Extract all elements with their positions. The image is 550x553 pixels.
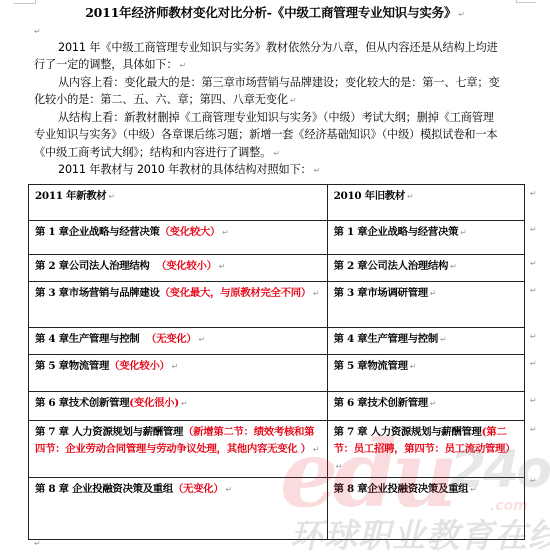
chapter-title: 第 7 章 人力资源规划与薪酬管理 [35,426,183,438]
change-note: （无变化） [173,483,223,495]
row-end-mark-icon: ↵ [530,332,537,341]
old-chapter-cell: 第 5 章物流管理↵ [327,355,524,392]
table-row: 第 7 章 人力资源规划与薪酬管理（新增第二节：绩效考核和第四节：企业劳动合同管… [29,421,525,478]
document-title-text: 2011年经济师教材变化对比分析-《中级工商管理专业知识与实务》 [85,5,456,20]
structure-change-paragraph: 从结构上看：新教材删掉《工商管理专业知识与实务》（中级）考试大纲；删掉《工商管理… [34,109,504,162]
paragraph-mark-icon: ↵ [225,485,231,494]
paragraph-mark-icon: ↵ [440,335,446,344]
new-chapter-cell: 第 5 章物流管理（变化较小）↵ [29,355,328,392]
paragraph-text: 从内容上看：变化最大的是：第三章市场营销与品牌建设；变化较大的是：第一、七章；变… [34,76,500,106]
old-chapter-cell: 第 6 章技术创新管理↵ [327,392,524,421]
comparison-table: 2011 年新教材↵ 2010 年旧教材↵ 第 1 章企业战略与经营决策（变化较… [28,184,525,540]
new-chapter-cell: 第 7 章 人力资源规划与薪酬管理（新增第二节：绩效考核和第四节：企业劳动合同管… [29,421,328,478]
paragraph-mark-icon: ↵ [313,445,319,454]
table-row: 第 2 章公司法人治理结构 （变化较小）↵ 第 2 章公司法人治理结构↵ [29,255,525,282]
paragraph-mark-icon: ↵ [336,462,342,471]
row-end-mark-icon: ↵ [530,259,537,268]
paragraph-mark-icon: ↵ [410,362,416,371]
chapter-title: 第 6 章技术创新管理 [35,397,129,409]
chapter-title: 第 4 章生产管理与控制 [35,333,139,345]
row-end-mark-icon: ↵ [530,225,537,234]
paragraph-mark-icon: ↵ [108,192,114,201]
header-label: 2010 年旧教材 [334,190,405,202]
table-row: 第 3 章市场营销与品牌建设（变化最大，与原教材完全不同）↵ 第 3 章市场调研… [29,282,525,328]
paragraph-mark-icon: ↵ [430,289,436,298]
paragraph-mark-icon: ↵ [34,539,41,548]
chapter-title: 第 4 章生产管理与控制 [334,333,438,345]
row-end-mark-icon: ↵ [530,476,537,485]
old-chapter-cell: 第 1 章企业战略与经营决策↵ [327,221,524,255]
old-chapter-cell: 第 3 章市场调研管理↵ [327,282,524,328]
row-end-mark-icon: ↵ [530,359,537,368]
paragraph-text: 2011 年教材与 2010 年教材的具体结构对照如下： [58,163,312,176]
paragraph-mark-icon: ↵ [34,27,41,36]
paragraph-mark-icon: ↵ [181,399,187,408]
paragraph-mark-icon: ↵ [313,289,319,298]
header-cell-new: 2011 年新教材↵ [29,185,328,221]
paragraph-mark-icon: ↵ [460,228,466,237]
change-note: （变化较小） [109,360,170,372]
paragraph-mark-icon: ↵ [219,262,225,271]
change-note: (变化很小) [129,397,179,409]
new-chapter-cell: 第 6 章技术创新管理(变化很小)↵ [29,392,328,421]
new-chapter-cell: 第 3 章市场营销与品牌建设（变化最大，与原教材完全不同）↵ [29,282,328,328]
chapter-title: 第 1 章企业战略与经营决策 [35,226,160,238]
old-chapter-cell: 第 2 章公司法人治理结构↵ [327,255,524,282]
paragraph-mark-icon: ↵ [290,96,297,105]
document-title: 2011年经济师教材变化对比分析-《中级工商管理专业知识与实务》↵ [0,3,550,21]
old-chapter-cell: 第 7 章 人力资源规划与薪酬管理(第二节：员工招聘，第四节：员工流动管理）↵ [327,421,524,478]
header-cell-old: 2010 年旧教材↵ [327,185,524,221]
paragraph-mark-icon: ↵ [172,362,178,371]
chapter-title: 第 8 章企业投融资决策及重组 [334,483,469,495]
table-row: 第 5 章物流管理（变化较小）↵ 第 5 章物流管理↵ [29,355,525,392]
paragraph-mark-icon: ↵ [180,61,187,70]
content-change-paragraph: 从内容上看：变化最大的是：第三章市场营销与品牌建设；变化较大的是：第一、七章；变… [34,74,504,110]
paragraph-mark-icon: ↵ [450,262,456,271]
row-end-mark-icon: ↵ [530,286,537,295]
new-chapter-cell: 第 4 章生产管理与控制 （无变化）↵ [29,328,328,355]
paragraph-text: 2011 年《中级工商管理专业知识与实务》教材依然分为八章，但从内容还是从结构上… [34,41,498,71]
change-note: （无变化） [146,333,196,345]
old-chapter-cell: 第 4 章生产管理与控制↵ [327,328,524,355]
comparison-intro-paragraph: 2011 年教材与 2010 年教材的具体结构对照如下：↵ [34,161,504,179]
chapter-title: 第 5 章物流管理 [35,360,109,372]
paragraph-mark-icon: ↵ [222,228,228,237]
paragraph-mark-icon: ↵ [470,485,476,494]
chapter-title: 第 5 章物流管理 [334,360,408,372]
table-row: 第 6 章技术创新管理(变化很小)↵ 第 6 章技术创新管理↵ [29,392,525,421]
change-note: （变化较小） [156,260,217,272]
new-chapter-cell: 第 1 章企业战略与经营决策（变化较大）↵ [29,221,328,255]
paragraph-mark-icon: ↵ [458,10,465,19]
paragraph-mark-icon: ↵ [430,399,436,408]
old-chapter-cell: 第 8 章企业投融资决策及重组↵ [327,478,524,540]
table-row: 第 8 章 企业投融资决策及重组（无变化）↵ 第 8 章企业投融资决策及重组↵ [29,478,525,540]
chapter-title: 第 2 章公司法人治理结构 [35,260,149,272]
paragraph-mark-icon: ↵ [314,166,321,175]
row-end-mark-icon: ↵ [530,396,537,405]
chapter-title: 第 1 章企业战略与经营决策 [334,226,459,238]
change-note: （变化最大，与原教材完全不同） [160,287,311,299]
header-label: 2011 年新教材 [35,190,106,202]
paragraph-text: 从结构上看：新教材删掉《工商管理专业知识与实务》（中级）考试大纲；删掉《工商管理… [34,111,497,159]
row-end-mark-icon: ↵ [530,189,537,198]
new-chapter-cell: 第 8 章 企业投融资决策及重组（无变化）↵ [29,478,328,540]
change-note: （变化较大） [160,226,221,238]
new-chapter-cell: 第 2 章公司法人治理结构 （变化较小）↵ [29,255,328,282]
paragraph-mark-icon: ↵ [198,335,204,344]
chapter-title: 第 7 章 人力资源规划与薪酬管理 [334,426,482,438]
chapter-title: 第 6 章技术创新管理 [334,397,428,409]
table-row: 第 4 章生产管理与控制 （无变化）↵ 第 4 章生产管理与控制↵ [29,328,525,355]
paragraph-mark-icon: ↵ [407,192,413,201]
row-end-mark-icon: ↵ [530,425,537,434]
chapter-title: 第 2 章公司法人治理结构 [334,260,448,272]
paragraph-mark-icon: ↵ [273,149,280,158]
table-header-row: 2011 年新教材↵ 2010 年旧教材↵ [29,185,525,221]
table-row: 第 1 章企业战略与经营决策（变化较大）↵ 第 1 章企业战略与经营决策↵ [29,221,525,255]
chapter-title: 第 3 章市场营销与品牌建设 [35,287,160,299]
margin-corner-mark [516,0,517,2]
chapter-title: 第 8 章 企业投融资决策及重组 [35,483,173,495]
intro-paragraph: 2011 年《中级工商管理专业知识与实务》教材依然分为八章，但从内容还是从结构上… [34,39,504,75]
chapter-title: 第 3 章市场调研管理 [334,287,428,299]
